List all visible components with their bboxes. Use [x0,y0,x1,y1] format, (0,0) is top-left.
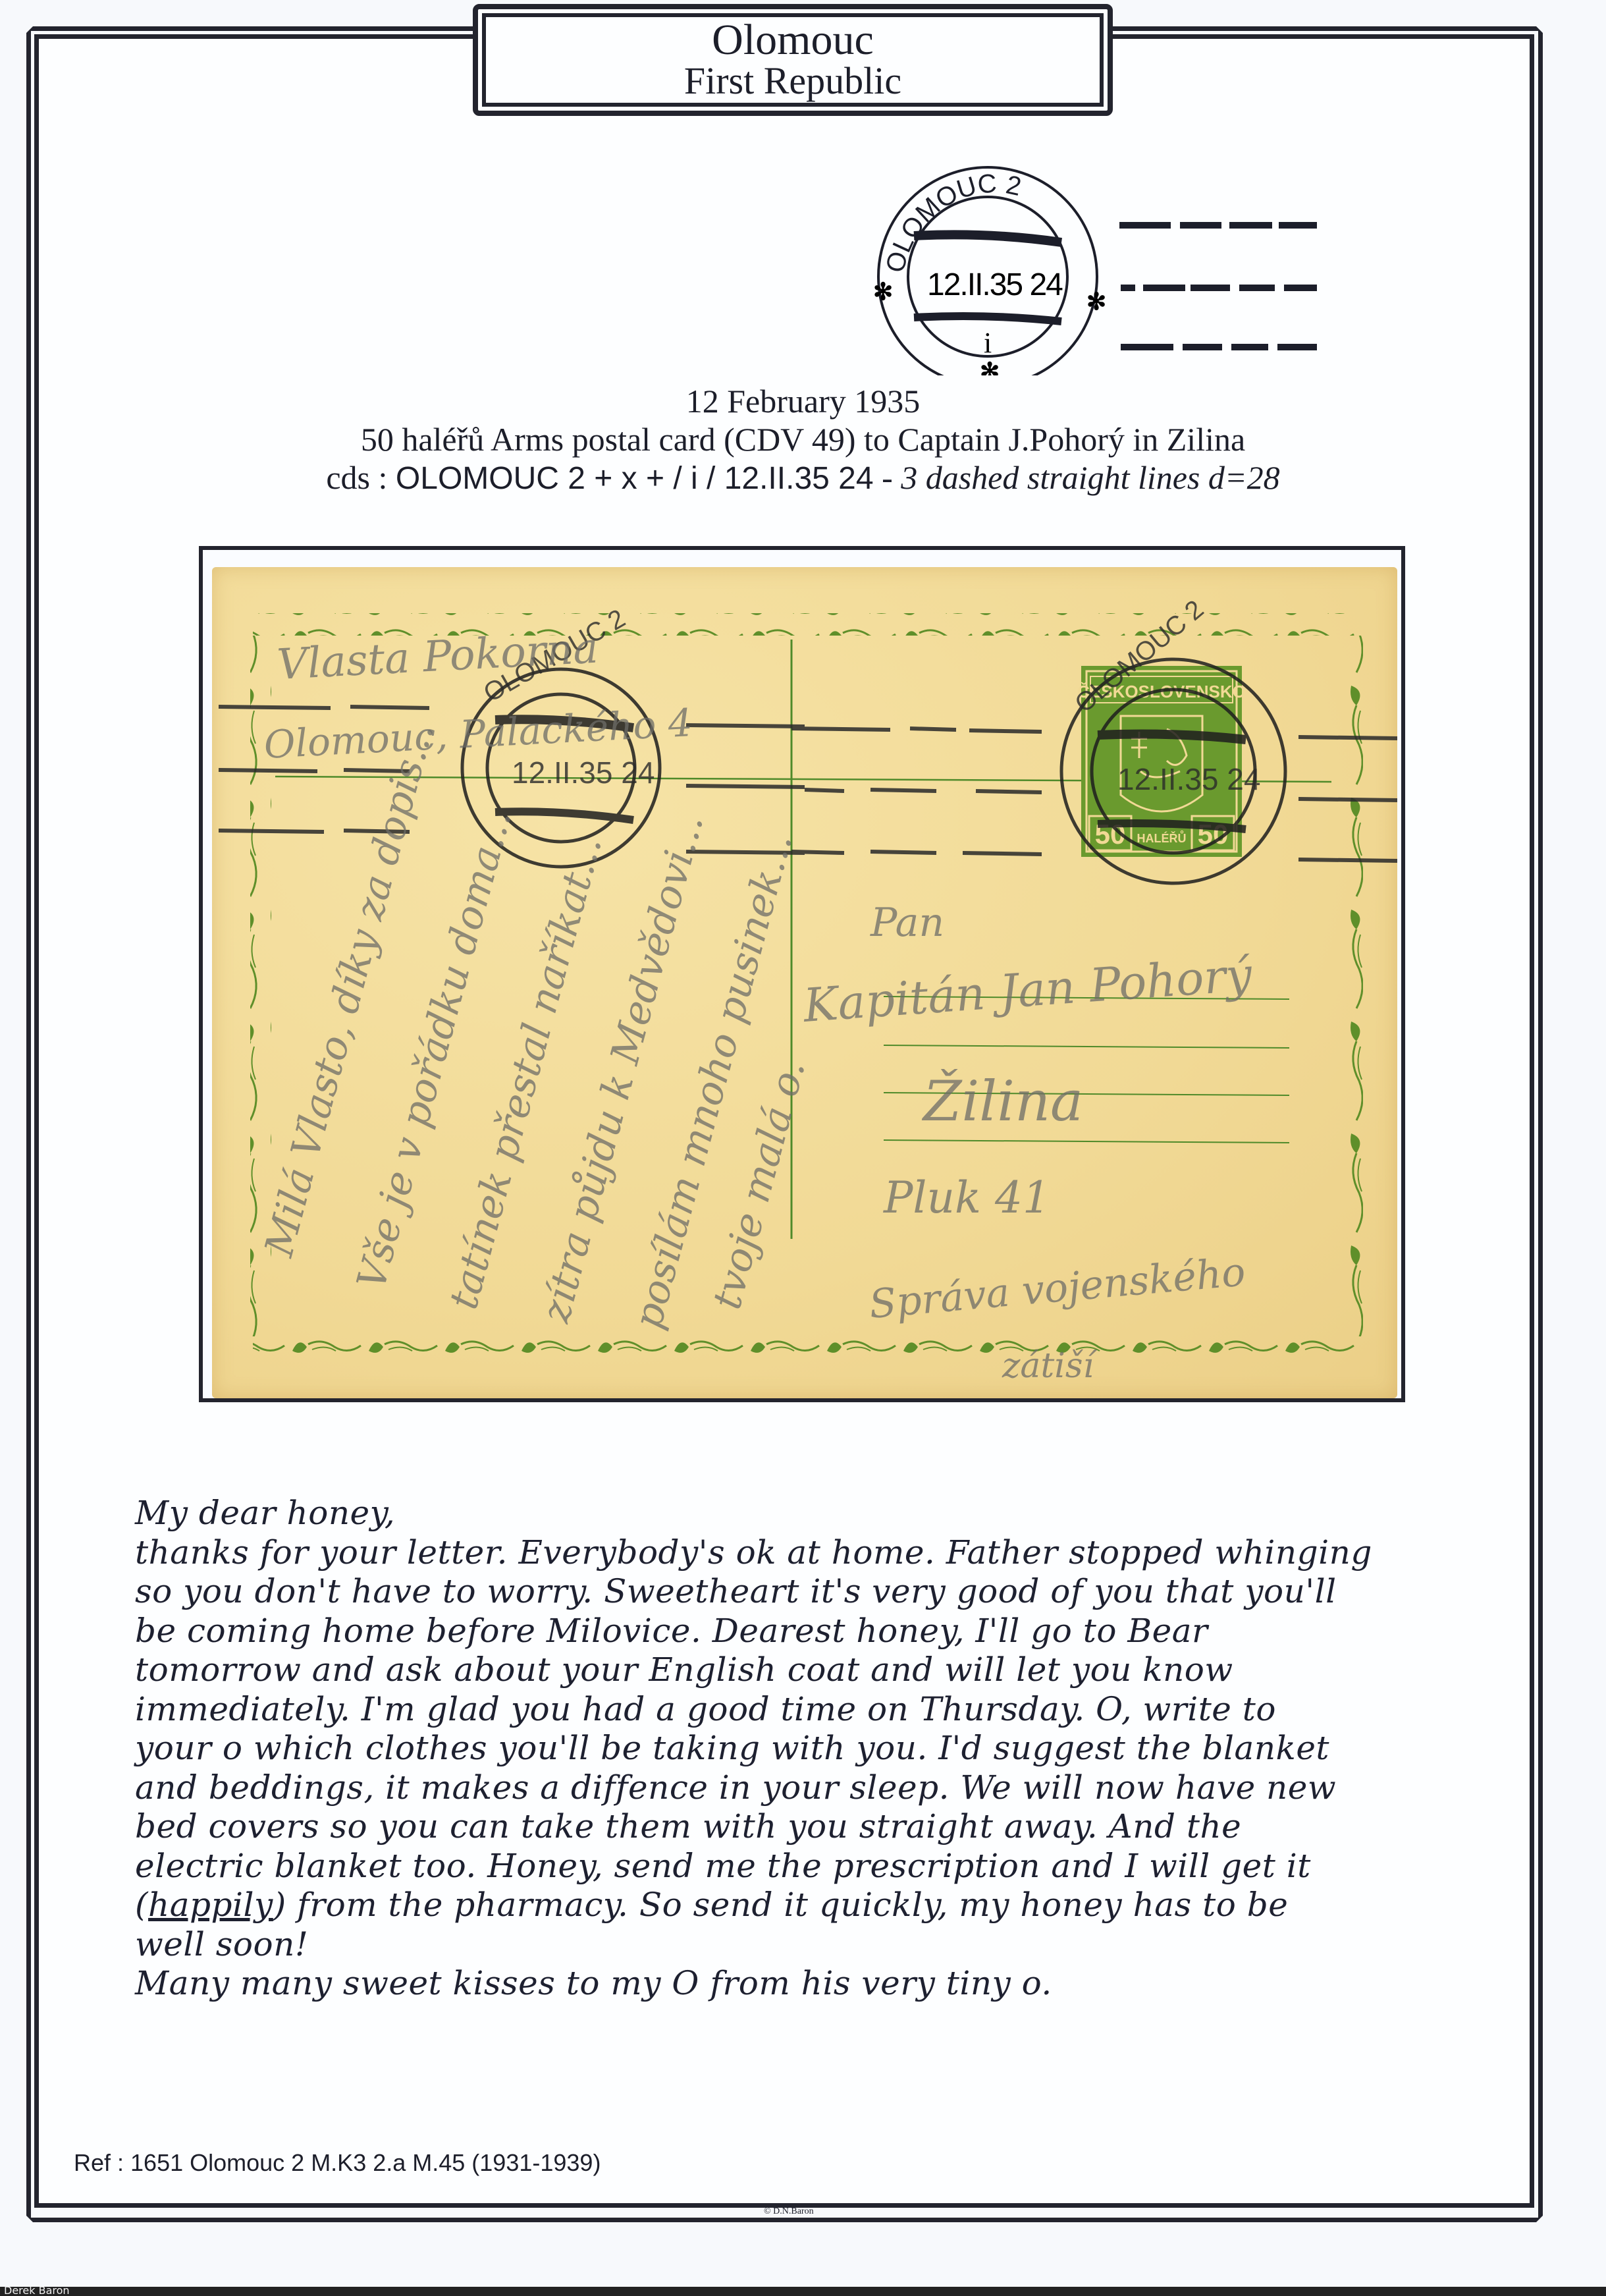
letter-line: bed covers so you can take them with you… [135,1807,1485,1847]
postmark-illustration: OLOMOUC 2 12.II.35 24 i ✻ ✻ ✻ [856,151,1475,375]
postmark-right-date: 12.II.35 24 [1117,762,1260,796]
caption-cds: cds : OLOMOUC 2 + x + / i / 12.II.35 24 … [0,458,1606,498]
letter-transcription: My dear honey, thanks for your letter. E… [135,1494,1485,2004]
letter-line: (happily) from the pharmacy. So send it … [135,1886,1485,1925]
reference-note: Ref : 1651 Olomouc 2 M.K3 2.a M.45 (1931… [74,2149,601,2177]
postmark-left-date: 12.II.35 24 [512,755,655,790]
handwriting-recipient-unit: Pluk 41 [883,1172,1050,1223]
letter-line: be coming home before Milovice. Dearest … [135,1612,1485,1651]
watermark: Derek Baron [4,2284,70,2296]
letter-line: electric blanket too. Honey, send me the… [135,1847,1485,1886]
letter-line: well soon! [135,1925,1485,1965]
ornament-left-icon: ✻ [873,278,893,305]
page-title: Olomouc [712,19,874,61]
vine-border-right [1342,636,1363,1336]
copyright: © D.N.Baron [764,2206,814,2217]
underlined-word: happily [148,1886,273,1924]
handwriting-recipient-name: Kapitán Jan Pohorý [800,947,1254,1033]
caption-cds-note: - 3 dashed straight lines d=28 [874,459,1280,496]
vine-border-bottom [253,1334,1356,1357]
letter-line: immediately. I'm glad you had a good tim… [135,1690,1485,1730]
cancel-lines [1119,225,1317,347]
card-mount: ČESKOSLOVENSKO 50 50 HALÉŘŮ [199,546,1405,1402]
postal-card: ČESKOSLOVENSKO 50 50 HALÉŘŮ [212,567,1397,1398]
caption: 12 February 1935 50 haléřů Arms postal c… [0,382,1606,498]
postal-card-art: ČESKOSLOVENSKO 50 50 HALÉŘŮ [212,567,1397,1398]
caption-date: 12 February 1935 [0,382,1606,420]
letter-line: your o which clothes you'll be taking wi… [135,1729,1485,1768]
handwriting-recipient-extra-2: zátiší [1002,1346,1098,1386]
letter-line: My dear honey, [135,1494,1485,1533]
handwriting-recipient-city: Žilina [921,1069,1083,1134]
letter-line: Many many sweet kisses to my O from his … [135,1964,1485,2004]
caption-description: 50 haléřů Arms postal card (CDV 49) to C… [0,420,1606,458]
letter-line: so you don't have to worry. Sweetheart i… [135,1572,1485,1612]
letter-line: thanks for your letter. Everybody's ok a… [135,1533,1485,1573]
ornament-right-icon: ✻ [1086,288,1106,315]
caption-cds-text: OLOMOUC 2 + x + / i / 12.II.35 24 [396,461,874,496]
postmark-ring-text: OLOMOUC 2 [880,169,1024,276]
stamp-currency: HALÉŘŮ [1137,831,1187,845]
postmark-drawing: OLOMOUC 2 12.II.35 24 i ✻ ✻ ✻ [856,151,1475,375]
postmark-date: 12.II.35 24 [927,267,1063,302]
handwriting-salutation: Pan [870,900,944,946]
bottom-band [0,2287,1606,2296]
page-subtitle: First Republic [684,61,901,101]
postmark-index: i [984,327,992,359]
ornament-bottom-icon: ✻ [980,358,1000,375]
letter-line: tomorrow and ask about your English coat… [135,1651,1485,1690]
title-box: Olomouc First Republic [473,4,1113,116]
letter-line: and beddings, it makes a diffence in you… [135,1768,1485,1808]
handwriting-recipient-extra-1: Správa vojenského [867,1249,1247,1328]
